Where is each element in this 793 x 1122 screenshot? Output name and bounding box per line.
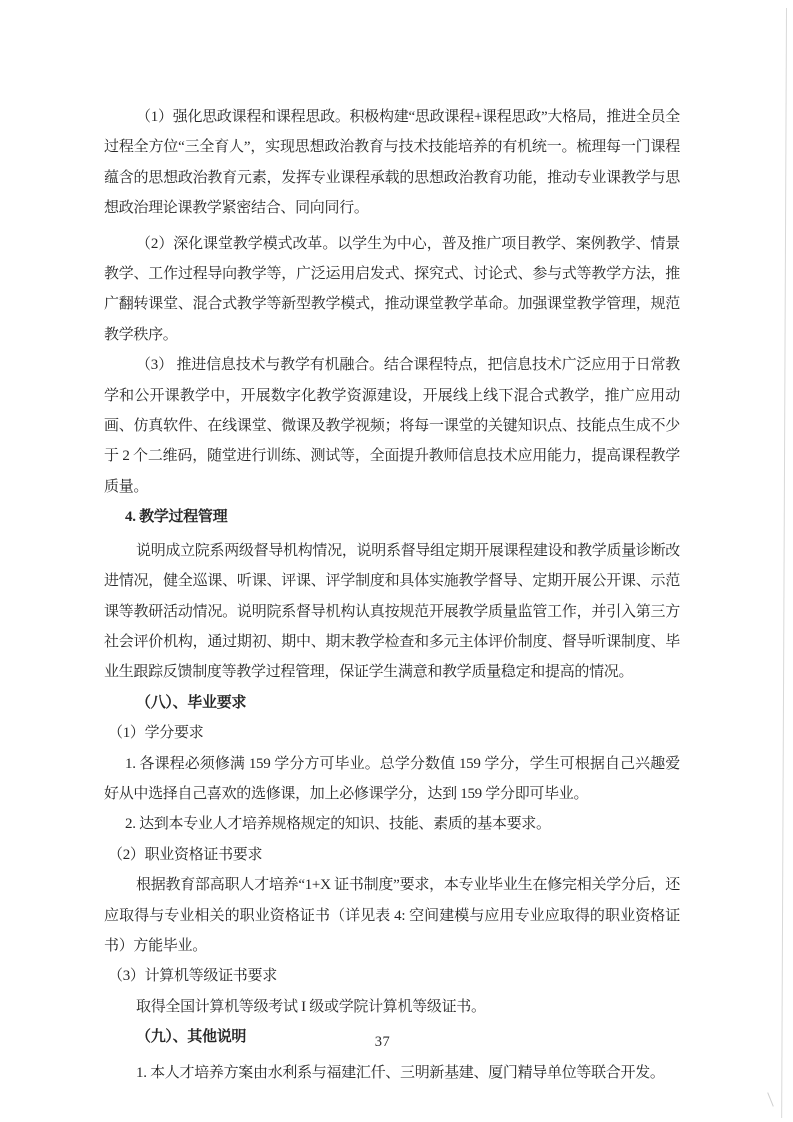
scan-edge-line — [781, 8, 787, 1118]
subheading-computer-certificate: （3）计算机等级证书要求 — [104, 961, 680, 991]
para-ideology-courses: （1）强化思政课程和课程思政。积极构建“思政课程+课程思政”大格局，推进全员全过… — [104, 102, 680, 224]
heading-graduation-requirements: （八）、毕业要求 — [104, 688, 680, 718]
para-credit-rule-1: 1. 各课程必须修满 159 学分方可毕业。总学分数值 159 学分，学生可根据… — [104, 749, 680, 810]
para-information-technology-integration: （3） 推进信息技术与教学有机融合。结合课程特点，把信息技术广泛应用于日常教学和… — [104, 350, 680, 502]
subheading-vocational-certificate: （2）职业资格证书要求 — [104, 840, 680, 870]
para-joint-development: 1. 本人才培养方案由水利系与福建汇仟、三明新基建、厦门精导单位等联合开发。 — [104, 1058, 680, 1088]
page-number: 37 — [0, 1034, 765, 1051]
scan-mark — [767, 1092, 774, 1106]
para-teaching-supervision: 说明成立院系两级督导机构情况，说明系督导组定期开展课程建设和教学质量诊断改进情况… — [104, 536, 680, 688]
subheading-credit-requirements: （1）学分要求 — [104, 718, 680, 748]
document-body: （1）强化思政课程和课程思政。积极构建“思政课程+课程思政”大格局，推进全员全过… — [104, 102, 680, 1088]
para-computer-certificate-detail: 取得全国计算机等级考试 I 级或学院计算机等级证书。 — [104, 992, 680, 1022]
para-credit-rule-2: 2. 达到本专业人才培养规格规定的知识、技能、素质的基本要求。 — [104, 809, 680, 839]
heading-teaching-process-management: 4. 教学过程管理 — [104, 502, 680, 532]
document-page: （1）强化思政课程和课程思政。积极构建“思政课程+课程思政”大格局，推进全员全过… — [0, 0, 793, 1122]
para-classroom-teaching-reform: （2）深化课堂教学模式改革。以学生为中心，普及推广项目教学、案例教学、情景教学、… — [104, 229, 680, 351]
para-vocational-certificate-detail: 根据教育部高职人才培养“1+X 证书制度”要求，本专业毕业生在修完相关学分后，还… — [104, 870, 680, 961]
